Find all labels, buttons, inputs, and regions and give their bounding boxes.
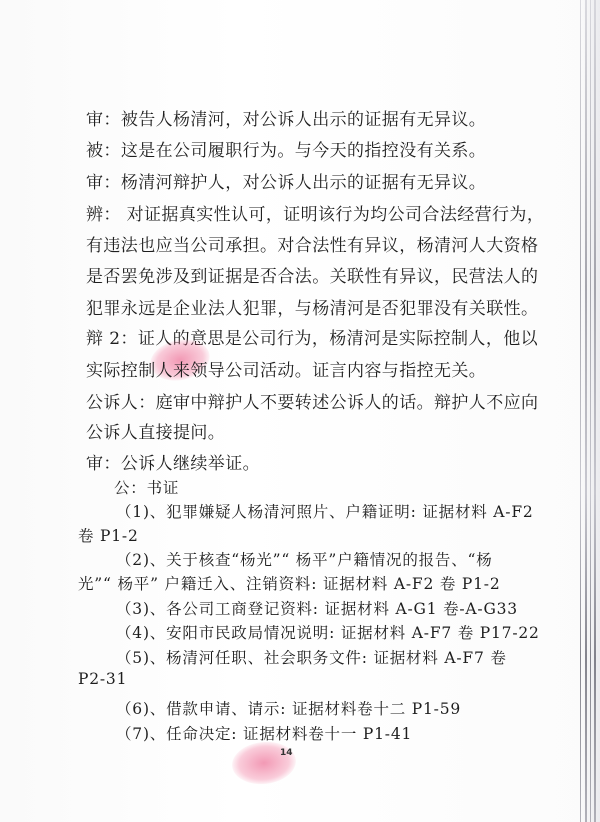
- evidence-line: （5)、杨清河任职、社会职务文件: 证据材料 A-F7 卷: [116, 646, 507, 668]
- evidence-line: 光”“ 杨平” 户籍迁入、注销资料: 证据材料 A-F2 卷 P1-2: [78, 572, 501, 594]
- evidence-line: （2)、关于核查“杨光”“ 杨平”户籍情况的报告、“杨: [116, 548, 493, 570]
- speaker-label: 审：: [86, 173, 121, 193]
- dialogue-line: 辩 2：证人的意思是公司行为，杨清河是实际控制人，他以: [86, 324, 538, 349]
- dialogue-line: 公诉人直接提问。: [86, 418, 225, 443]
- dialogue-line: 审：被告人杨清河，对公诉人出示的证据有无异议。: [86, 105, 486, 130]
- dialogue-text: 有违法也应当公司承担。对合法性有异议，杨清河人大资格: [86, 236, 538, 256]
- page-stack-edge: [580, 0, 581, 822]
- evidence-heading: 公：书证: [114, 476, 179, 498]
- dialogue-line: 被：这是在公司履职行为。与今天的指控没有关系。: [86, 136, 486, 161]
- dialogue-line: 犯罪永远是企业法人犯罪，与杨清河是否犯罪没有关联性。: [86, 294, 538, 319]
- dialogue-text: 实际控制人来领导公司活动。证言内容与指控无关。: [86, 361, 486, 381]
- evidence-line: 卷 P1-2: [78, 524, 139, 546]
- dialogue-line: 公诉人：庭审中辩护人不要转述公诉人的话。辩护人不应向: [86, 388, 538, 413]
- dialogue-line: 辨： 对证据真实性认可，证明该行为均公司合法经营行为，: [86, 200, 544, 225]
- evidence-line: （1)、犯罪嫌疑人杨清河照片、户籍证明: 证据材料 A-F2: [116, 500, 534, 522]
- dialogue-line: 有违法也应当公司承担。对合法性有异议，杨清河人大资格: [86, 231, 538, 256]
- evidence-line: （3)、各公司工商登记资料: 证据材料 A-G1 卷-A-G33: [116, 597, 518, 619]
- dialogue-text: 杨清河辩护人，对公诉人出示的证据有无异议。: [121, 173, 486, 193]
- dialogue-text: 这是在公司履职行为。与今天的指控没有关系。: [121, 141, 486, 161]
- speaker-label: 辨：: [86, 205, 121, 225]
- dialogue-line: 审：杨清河辩护人，对公诉人出示的证据有无异议。: [86, 168, 486, 193]
- dialogue-line: 是否罢免涉及到证据是否合法。关联性有异议，民营法人的: [86, 262, 538, 287]
- speaker-label: 审：: [86, 454, 121, 474]
- dialogue-line: 审：公诉人继续举证。: [86, 449, 260, 474]
- speaker-label: 辩 2：: [86, 329, 138, 349]
- speaker-label: 审：: [86, 110, 121, 130]
- dialogue-text: 公诉人直接提问。: [86, 423, 225, 443]
- evidence-line: （6)、借款申请、请示: 证据材料卷十二 P1-59: [116, 697, 461, 719]
- dialogue-text: 被告人杨清河，对公诉人出示的证据有无异议。: [121, 110, 486, 130]
- dialogue-text: 公诉人继续举证。: [121, 454, 260, 474]
- evidence-line: （4)、安阳市民政局情况说明: 证据材料 A-F7 卷 P17-22: [116, 621, 540, 643]
- speaker-label: 被：: [86, 141, 121, 161]
- page-seal: [230, 739, 298, 787]
- dialogue-text: 犯罪永远是企业法人犯罪，与杨清河是否犯罪没有关联性。: [86, 299, 538, 319]
- dialogue-text: 对证据真实性认可，证明该行为均公司合法经营行为，: [121, 205, 544, 225]
- page-number: 14: [280, 748, 293, 758]
- evidence-line: P2-31: [78, 670, 127, 688]
- dialogue-line: 实际控制人来领导公司活动。证言内容与指控无关。: [86, 356, 486, 381]
- page-stack-edge: [585, 0, 587, 822]
- evidence-line: （7)、任命决定: 证据材料卷十一 P1-41: [116, 722, 412, 744]
- dialogue-text: 庭审中辩护人不要转述公诉人的话。辩护人不应向: [156, 393, 539, 413]
- scanned-page: 审：被告人杨清河，对公诉人出示的证据有无异议。 被：这是在公司履职行为。与今天的…: [0, 0, 600, 822]
- dialogue-text: 是否罢免涉及到证据是否合法。关联性有异议，民营法人的: [86, 267, 538, 287]
- page-stack-edge: [590, 0, 591, 822]
- page-stack-edge: [594, 0, 596, 822]
- speaker-label: 公诉人：: [86, 393, 156, 413]
